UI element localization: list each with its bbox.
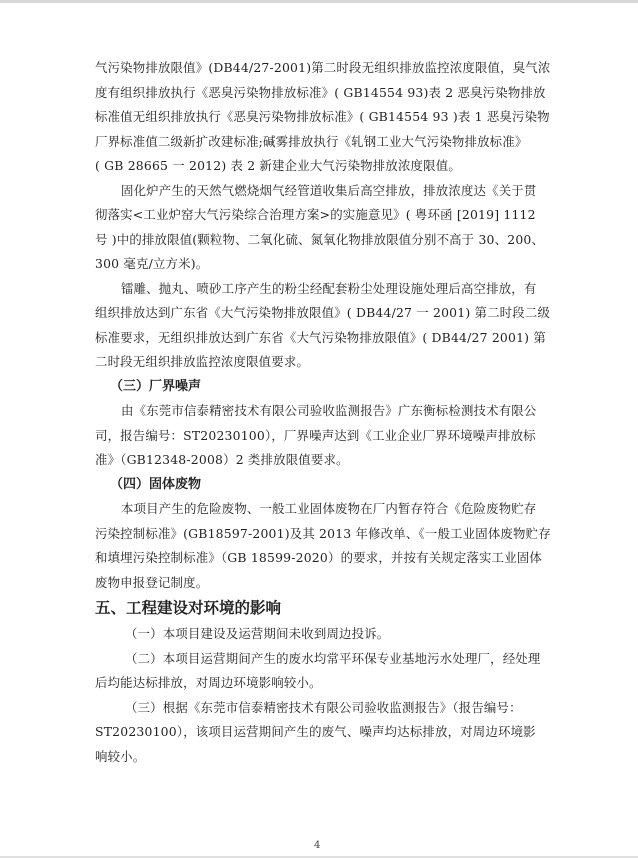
text-line: 标准值无组织排放执行《恶臭污染物排放标准》( GB14554 93 )表 1 恶… [95, 105, 463, 130]
text-line: 气污染物排放限值》(DB44/27-2001)第二时段无组织排放监控浓度限值，臭… [95, 56, 463, 81]
paragraph-no-complaints: （一）本项目建设及运营期间未收到周边投诉。 [95, 622, 463, 647]
text-line: （三）根据《东莞市信泰精密技术有限公司验收监测报告》（报告编号： [95, 696, 463, 721]
text-line: 固化炉产生的天然气燃烧烟气经管道收集后高空排放，排放浓度达《关于贯 [95, 179, 463, 204]
text-line: 二时段无组织排放监控浓度限值要求。 [95, 350, 463, 375]
text-line: ( GB 28665 一 2012) 表 2 新建企业大气污染物排放浓度限值。 [95, 154, 463, 179]
paragraph-dust-treatment: 镭雕、抛丸、喷砂工序产生的粉尘经配套粉尘处理设施处理后高空排放，有 组织排放达到… [95, 277, 463, 375]
paragraph-noise: 由《东莞市信泰精密技术有限公司验收监测报告》广东衡标检测技术有限公 司，报告编号… [95, 399, 463, 473]
subheading-solid-waste: （四）固体废物 [95, 473, 463, 498]
paragraph-monitoring-report: （三）根据《东莞市信泰精密技术有限公司验收监测报告》（报告编号： ST20230… [95, 696, 463, 770]
text-line: 号 )中的排放限值(颗粒物、二氧化硫、氮氧化物排放限值分别不高于 30、200、 [95, 228, 463, 253]
paragraph-wastewater: （二）本项目运营期间产生的废水均常平环保专业基地污水处理厂，经处理 后均能达标排… [95, 647, 463, 696]
text-line: 废物申报登记制度。 [95, 571, 463, 596]
text-line: 响较小。 [95, 745, 463, 770]
text-line: 后均能达标排放，对周边环境影响较小。 [95, 671, 463, 696]
page-number: 4 [314, 840, 320, 851]
text-line: 标准要求，无组织排放达到广东省《大气污染物排放限值》( DB44/27 2001… [95, 326, 463, 351]
subheading-noise: （三）厂界噪声 [95, 375, 463, 400]
text-line: 司，报告编号：ST20230100），厂界噪声达到《工业企业厂界环境噪声排放标 [95, 424, 463, 449]
text-line: 由《东莞市信泰精密技术有限公司验收监测报告》广东衡标检测技术有限公 [95, 399, 463, 424]
text-line: 准》（GB12348-2008）2 类排放限值要求。 [95, 448, 463, 473]
text-line: 污染控制标准》(GB18597-2001)及其 2013 年修改单、《一般工业固… [95, 522, 463, 547]
text-line: 本项目产生的危险废物、一般工业固体废物在厂内暂存符合《危险废物贮存 [95, 497, 463, 522]
text-line: 厂界标准值二级新扩改建标准;碱雾排放执行《轧钢工业大气污染物排放标准》 [95, 130, 463, 155]
page-top-edge [0, 0, 638, 3]
text-line: 度有组织排放执行《恶臭污染物排放标准》( GB14554 93)表 2 恶臭污染… [95, 81, 463, 106]
document-page: 气污染物排放限值》(DB44/27-2001)第二时段无组织排放监控浓度限值，臭… [95, 56, 463, 769]
text-line: （二）本项目运营期间产生的废水均常平环保专业基地污水处理厂，经处理 [95, 647, 463, 672]
text-line: 和填埋污染控制标准》（GB 18599-2020）的要求，并按有关规定落实工业固… [95, 546, 463, 571]
text-line: ST20230100），该项目运营期间产生的废气、噪声均达标排放，对周边环境影 [95, 720, 463, 745]
paragraph-solid-waste: 本项目产生的危险废物、一般工业固体废物在厂内暂存符合《危险废物贮存 污染控制标准… [95, 497, 463, 595]
text-line: 镭雕、抛丸、喷砂工序产生的粉尘经配套粉尘处理设施处理后高空排放，有 [95, 277, 463, 302]
text-line: 组织排放达到广东省《大气污染物排放限值》( DB44/27 一 2001) 第二… [95, 301, 463, 326]
paragraph-curing-oven: 固化炉产生的天然气燃烧烟气经管道收集后高空排放，排放浓度达《关于贯 彻落实<工业… [95, 179, 463, 277]
paragraph-air-odor-standards: 气污染物排放限值》(DB44/27-2001)第二时段无组织排放监控浓度限值，臭… [95, 56, 463, 179]
section-heading-environmental-impact: 五、工程建设对环境的影响 [95, 595, 463, 622]
text-line: （一）本项目建设及运营期间未收到周边投诉。 [95, 622, 463, 647]
text-line: 300 毫克/立方米)。 [95, 252, 463, 277]
text-line: 彻落实<工业炉窑大气污染综合治理方案>的实施意见》( 粤环函 [2019] 11… [95, 203, 463, 228]
